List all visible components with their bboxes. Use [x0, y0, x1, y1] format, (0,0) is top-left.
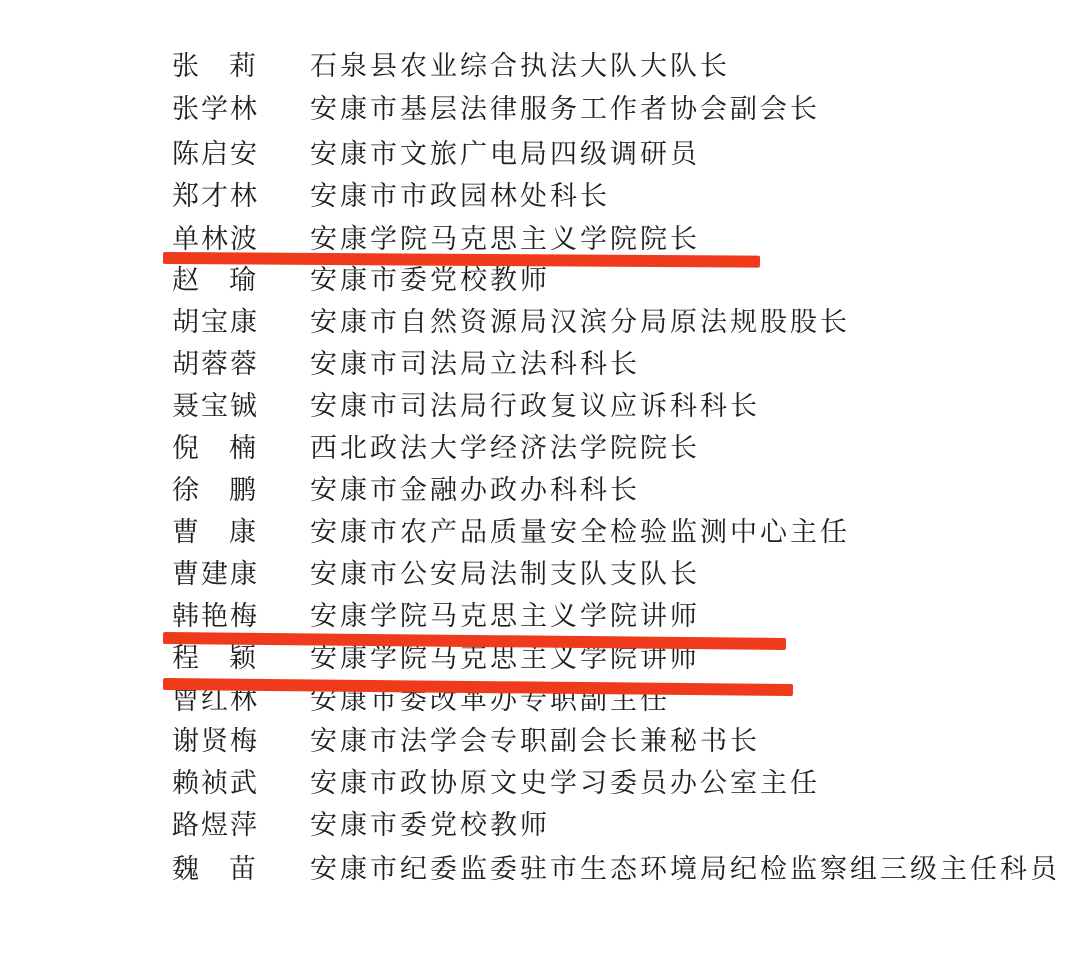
- member-name: 郑才林: [172, 177, 262, 217]
- member-title: 西北政法大学经济法学院院长: [310, 429, 700, 469]
- name-part: 瑜: [229, 261, 256, 301]
- list-item: 路煜萍安康市委党校教师: [0, 806, 1080, 846]
- name-part: 徐: [172, 471, 199, 511]
- name-part: 倪: [172, 429, 199, 469]
- member-title: 安康市纪委监委驻市生态环境局纪检监察组三级主任科员: [310, 850, 1060, 890]
- list-item: 聂宝铖安康市司法局行政复议应诉科科长: [0, 387, 1080, 427]
- member-name: 谢贤梅: [172, 722, 262, 762]
- member-name: 魏苗: [172, 850, 256, 890]
- member-title: 安康市农产品质量安全检验监测中心主任: [310, 513, 850, 553]
- list-item: 谢贤梅安康市法学会专职副会长兼秘书长: [0, 722, 1080, 762]
- member-title: 安康市司法局行政复议应诉科科长: [310, 387, 760, 427]
- list-item: 曹康安康市农产品质量安全检验监测中心主任: [0, 513, 1080, 553]
- member-title: 安康市基层法律服务工作者协会副会长: [310, 90, 820, 130]
- list-item: 赵瑜安康市委党校教师: [0, 261, 1080, 301]
- list-item: 魏苗安康市纪委监委驻市生态环境局纪检监察组三级主任科员: [0, 850, 1080, 890]
- member-name: 程颖: [172, 639, 256, 679]
- member-name: 韩艳梅: [172, 597, 262, 637]
- member-name: 路煜萍: [172, 806, 262, 846]
- list-item: 曹建康安康市公安局法制支队支队长: [0, 555, 1080, 595]
- member-name: 聂宝铖: [172, 387, 262, 427]
- member-title: 安康市委党校教师: [310, 806, 550, 846]
- name-part: 程: [172, 639, 199, 679]
- name-part: 赖祯武: [172, 764, 259, 804]
- member-name: 陈启安: [172, 135, 262, 175]
- name-part: 陈启安: [172, 135, 259, 175]
- name-part: 张: [172, 47, 199, 87]
- member-title: 石泉县农业综合执法大队大队长: [310, 47, 730, 87]
- member-title: 安康市自然资源局汉滨分局原法规股股长: [310, 303, 850, 343]
- member-name: 倪楠: [172, 429, 256, 469]
- member-title: 安康市公安局法制支队支队长: [310, 555, 700, 595]
- list-item: 赖祯武安康市政协原文史学习委员办公室主任: [0, 764, 1080, 804]
- name-part: 魏: [172, 850, 199, 890]
- name-part: 胡宝康: [172, 303, 259, 343]
- member-name: 徐鹏: [172, 471, 256, 511]
- name-part: 康: [229, 513, 256, 553]
- list-item: 徐鹏安康市金融办政办科科长: [0, 471, 1080, 511]
- name-part: 颖: [229, 639, 256, 679]
- member-name: 赖祯武: [172, 764, 262, 804]
- list-item: 陈启安安康市文旅广电局四级调研员: [0, 135, 1080, 175]
- member-title: 安康市金融办政办科科长: [310, 471, 640, 511]
- name-part: 莉: [229, 47, 256, 87]
- member-title: 安康市委党校教师: [310, 261, 550, 301]
- member-title: 安康市市政园林处科长: [310, 177, 610, 217]
- member-name: 张学林: [172, 90, 262, 130]
- list-item: 胡蓉蓉安康市司法局立法科科长: [0, 345, 1080, 385]
- list-item: 郑才林安康市市政园林处科长: [0, 177, 1080, 217]
- member-name: 曹建康: [172, 555, 262, 595]
- name-part: 鹏: [229, 471, 256, 511]
- list-item: 倪楠西北政法大学经济法学院院长: [0, 429, 1080, 469]
- member-title: 安康市政协原文史学习委员办公室主任: [310, 764, 820, 804]
- list-item: 张学林安康市基层法律服务工作者协会副会长: [0, 90, 1080, 130]
- name-part: 路煜萍: [172, 806, 259, 846]
- name-part: 苗: [229, 850, 256, 890]
- name-part: 赵: [172, 261, 199, 301]
- list-item: 韩艳梅安康学院马克思主义学院讲师: [0, 597, 1080, 637]
- member-list: 张莉石泉县农业综合执法大队大队长张学林安康市基层法律服务工作者协会副会长陈启安安…: [0, 0, 1080, 956]
- name-part: 曹: [172, 513, 199, 553]
- member-name: 张莉: [172, 47, 256, 87]
- name-part: 胡蓉蓉: [172, 345, 259, 385]
- list-item: 张莉石泉县农业综合执法大队大队长: [0, 47, 1080, 87]
- name-part: 楠: [229, 429, 256, 469]
- name-part: 郑才林: [172, 177, 259, 217]
- name-part: 张学林: [172, 90, 259, 130]
- name-part: 谢贤梅: [172, 722, 259, 762]
- member-title: 安康学院马克思主义学院讲师: [310, 597, 700, 637]
- member-name: 胡蓉蓉: [172, 345, 262, 385]
- name-part: 韩艳梅: [172, 597, 259, 637]
- member-name: 胡宝康: [172, 303, 262, 343]
- member-name: 曹康: [172, 513, 256, 553]
- member-title: 安康市司法局立法科科长: [310, 345, 640, 385]
- name-part: 曹建康: [172, 555, 259, 595]
- member-title: 安康市法学会专职副会长兼秘书长: [310, 722, 760, 762]
- list-item: 胡宝康安康市自然资源局汉滨分局原法规股股长: [0, 303, 1080, 343]
- member-title: 安康市文旅广电局四级调研员: [310, 135, 700, 175]
- member-name: 赵瑜: [172, 261, 256, 301]
- name-part: 聂宝铖: [172, 387, 259, 427]
